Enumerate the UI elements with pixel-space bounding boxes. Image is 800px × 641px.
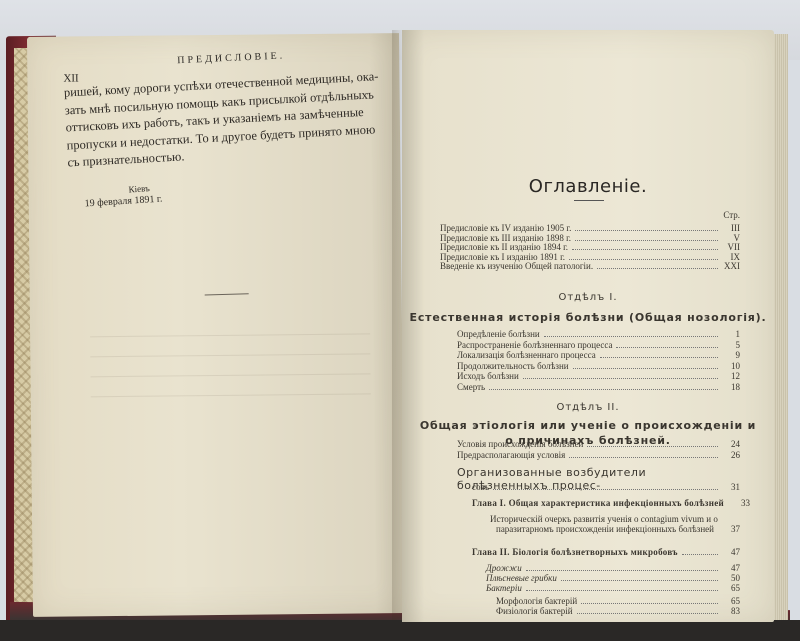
toc-entry[interactable]: Морфологія бактерій65 [496,596,740,606]
title-rule [574,200,604,201]
toc-entry[interactable]: Бактеріи65 [486,583,740,593]
part1-title: Естественная исторія болѣзни (Общая нозо… [402,310,774,325]
left-page: ПРЕДИСЛОВІЕ. XII ришей, кому дороги успѣ… [27,33,405,617]
toc-entry[interactable]: Предрасполагающія условія26 [457,450,740,460]
toc-entry[interactable]: Введеніе къ изученію Общей патологіи.XXI [440,261,740,271]
toc-entry[interactable]: Продолжительность болѣзни10 [457,361,740,371]
toc-entry[interactable]: Предисловіе къ I изданію 1891 г.IX [440,252,740,262]
toc-entry[interactable]: Плѣсневые грибки50 [486,573,740,583]
signature-city: Кіевъ [128,183,150,194]
toc-entry[interactable]: совъ 31 [472,482,740,492]
chapter-1-entry[interactable]: Глава I. Общая характеристика инфекціонн… [472,498,740,508]
toc-entry[interactable]: Исходъ болѣзни12 [457,371,740,381]
page-fore-edge [774,34,788,620]
toc-entry[interactable]: Физіологія бактерій83 [496,606,740,616]
historical-entry[interactable]: Историческій очеркъ развитія ученія о co… [486,514,740,534]
divider-rule [205,293,249,295]
signature-date: 19 февраля 1891 г. [84,194,162,210]
table-surface [0,620,800,641]
part1-label: Отдѣлъ I. [402,292,774,303]
toc-title: Оглавленіе. [402,176,774,197]
chapter-2-entry[interactable]: Глава II. Біологія болѣзнетворныхъ микро… [472,547,740,557]
show-through [90,333,370,337]
part2-title-line: Общая этіологія или ученіе о происхожден… [402,418,774,433]
toc-entry[interactable]: Распространеніе болѣзненнаго процесса5 [457,340,740,350]
toc-entry[interactable]: Предисловіе къ IV изданію 1905 г.III [440,223,740,233]
toc-entry[interactable]: Предисловіе къ III изданію 1898 г.V [440,233,740,243]
toc-entry[interactable]: Дрожжи47 [486,563,740,573]
show-through [91,373,371,377]
preface-text: ришей, кому дороги успѣхи отечественной … [63,68,387,172]
toc-entry[interactable]: Смерть18 [457,382,740,392]
show-through [91,393,371,397]
toc-entry[interactable]: Локализація болѣзненнаго процесса9 [457,350,740,360]
part2-label: Отдѣлъ II. [402,402,774,413]
right-page: Оглавленіе. Стр. Предисловіе къ IV издан… [402,30,774,622]
toc-entry[interactable]: Условія происхожденія болѣзней24 [457,439,740,449]
running-head: ПРЕДИСЛОВІЕ. [177,50,285,66]
toc-entry[interactable]: Предисловіе къ II изданію 1894 г.VII [440,242,740,252]
toc-entry[interactable]: Опредѣленіе болѣзни1 [457,329,740,339]
show-through [90,353,370,357]
page-number: XII [63,72,78,84]
page-column-header: Стр. [440,210,740,220]
